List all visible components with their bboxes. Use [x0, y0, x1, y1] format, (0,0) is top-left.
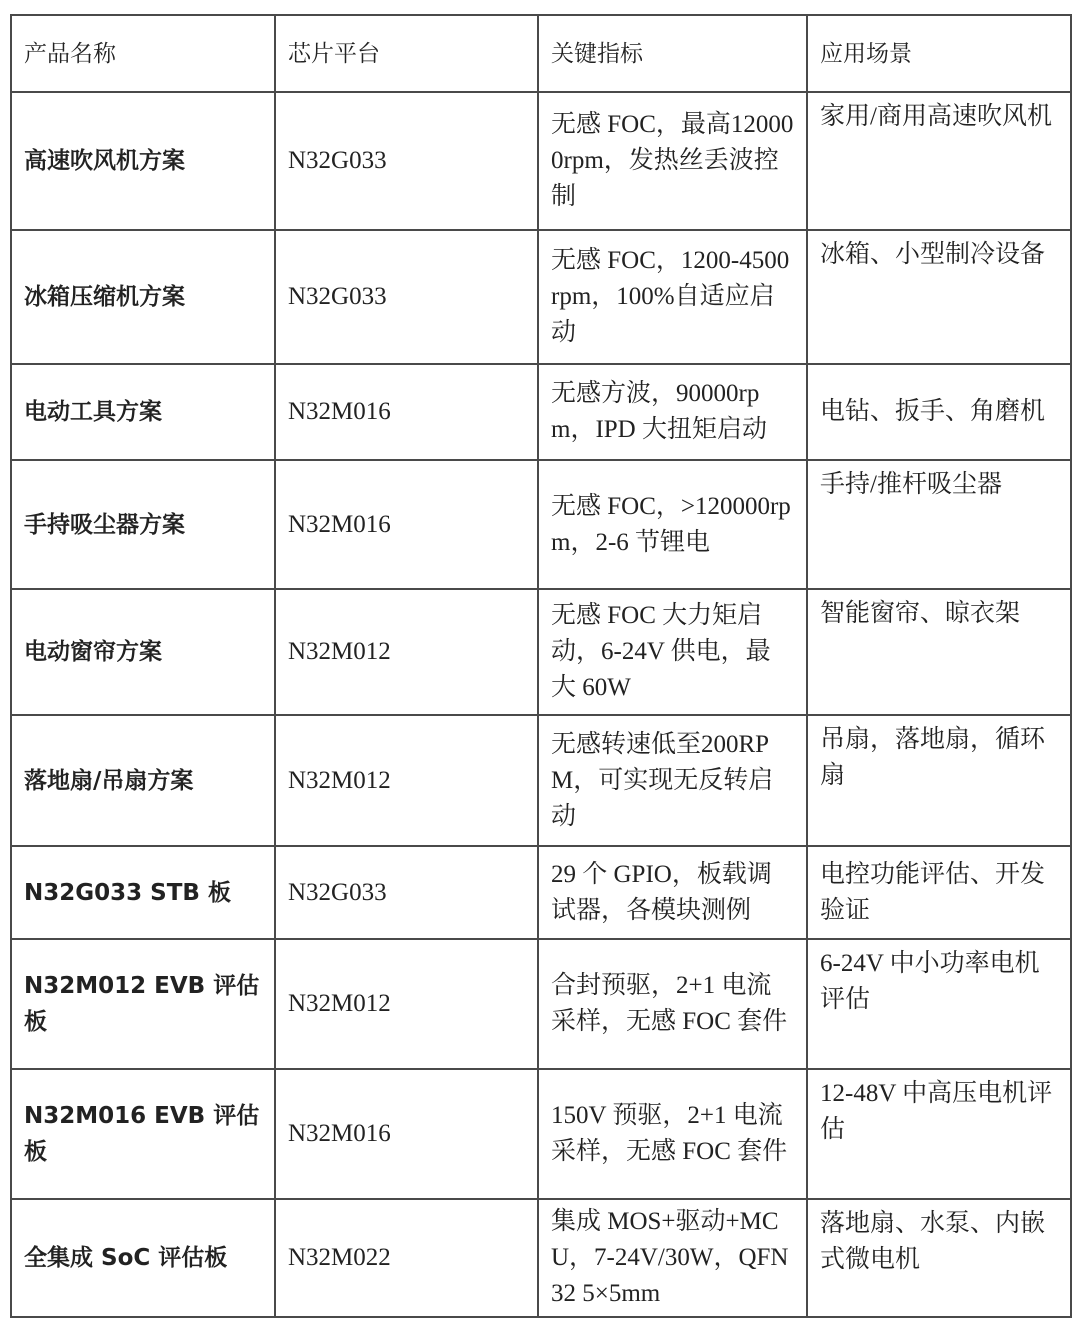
application: 电控功能评估、开发验证 — [807, 846, 1071, 939]
table-row: 电动窗帘方案 N32M012 无感 FOC 大力矩启动，6-24V 供电，最大 … — [11, 589, 1071, 715]
key-specs: 集成 MOS+驱动+MCU，7-24V/30W，QFN32 5×5mm — [538, 1199, 807, 1317]
product-name: 电动工具方案 — [11, 364, 275, 460]
chip-platform: N32G033 — [275, 230, 538, 364]
application: 吊扇，落地扇，循环扇 — [807, 715, 1071, 846]
chip-platform: N32M012 — [275, 589, 538, 715]
application: 12-48V 中高压电机评估 — [807, 1069, 1071, 1199]
key-specs: 无感 FOC，>120000rpm，2-6 节锂电 — [538, 460, 807, 589]
header-key-specs: 关键指标 — [538, 15, 807, 92]
product-name: 落地扇/吊扇方案 — [11, 715, 275, 846]
product-name: 电动窗帘方案 — [11, 589, 275, 715]
table-header-row: 产品名称 芯片平台 关键指标 应用场景 — [11, 15, 1071, 92]
product-name: 全集成 SoC 评估板 — [11, 1199, 275, 1317]
table-row: N32G033 STB 板 N32G033 29 个 GPIO，板载调试器，各模… — [11, 846, 1071, 939]
product-name: 手持吸尘器方案 — [11, 460, 275, 589]
chip-platform: N32M012 — [275, 715, 538, 846]
application: 智能窗帘、晾衣架 — [807, 589, 1071, 715]
table-row: 冰箱压缩机方案 N32G033 无感 FOC，1200-4500rpm，100%… — [11, 230, 1071, 364]
chip-platform: N32G033 — [275, 92, 538, 230]
key-specs: 无感 FOC，最高120000rpm，发热丝丢波控制 — [538, 92, 807, 230]
application: 电钻、扳手、角磨机 — [807, 364, 1071, 460]
product-name: N32M016 EVB 评估板 — [11, 1069, 275, 1199]
key-specs: 无感 FOC 大力矩启动，6-24V 供电，最大 60W — [538, 589, 807, 715]
product-table: 产品名称 芯片平台 关键指标 应用场景 高速吹风机方案 N32G033 无感 F… — [10, 14, 1072, 1318]
table-row: 高速吹风机方案 N32G033 无感 FOC，最高120000rpm，发热丝丢波… — [11, 92, 1071, 230]
product-name: N32G033 STB 板 — [11, 846, 275, 939]
product-name: 冰箱压缩机方案 — [11, 230, 275, 364]
chip-platform: N32M012 — [275, 939, 538, 1069]
table-row: 全集成 SoC 评估板 N32M022 集成 MOS+驱动+MCU，7-24V/… — [11, 1199, 1071, 1317]
application: 手持/推杆吸尘器 — [807, 460, 1071, 589]
chip-platform: N32G033 — [275, 846, 538, 939]
chip-platform: N32M016 — [275, 460, 538, 589]
table-row: N32M012 EVB 评估板 N32M012 合封预驱，2+1 电流采样，无感… — [11, 939, 1071, 1069]
chip-platform: N32M016 — [275, 364, 538, 460]
product-name: N32M012 EVB 评估板 — [11, 939, 275, 1069]
chip-platform: N32M016 — [275, 1069, 538, 1199]
key-specs: 29 个 GPIO，板载调试器，各模块测例 — [538, 846, 807, 939]
key-specs: 150V 预驱，2+1 电流采样，无感 FOC 套件 — [538, 1069, 807, 1199]
application: 6-24V 中小功率电机评估 — [807, 939, 1071, 1069]
key-specs: 无感 FOC，1200-4500rpm，100%自适应启动 — [538, 230, 807, 364]
header-chip-platform: 芯片平台 — [275, 15, 538, 92]
table-row: N32M016 EVB 评估板 N32M016 150V 预驱，2+1 电流采样… — [11, 1069, 1071, 1199]
application: 冰箱、小型制冷设备 — [807, 230, 1071, 364]
application: 落地扇、水泵、内嵌式微电机 — [807, 1199, 1071, 1317]
chip-platform: N32M022 — [275, 1199, 538, 1317]
application: 家用/商用高速吹风机 — [807, 92, 1071, 230]
table-row: 电动工具方案 N32M016 无感方波，90000rpm，IPD 大扭矩启动 电… — [11, 364, 1071, 460]
product-name: 高速吹风机方案 — [11, 92, 275, 230]
table-row: 手持吸尘器方案 N32M016 无感 FOC，>120000rpm，2-6 节锂… — [11, 460, 1071, 589]
key-specs: 无感转速低至200RPM，可实现无反转启动 — [538, 715, 807, 846]
header-product-name: 产品名称 — [11, 15, 275, 92]
table-row: 落地扇/吊扇方案 N32M012 无感转速低至200RPM，可实现无反转启动 吊… — [11, 715, 1071, 846]
header-application: 应用场景 — [807, 15, 1071, 92]
key-specs: 合封预驱，2+1 电流采样，无感 FOC 套件 — [538, 939, 807, 1069]
key-specs: 无感方波，90000rpm，IPD 大扭矩启动 — [538, 364, 807, 460]
